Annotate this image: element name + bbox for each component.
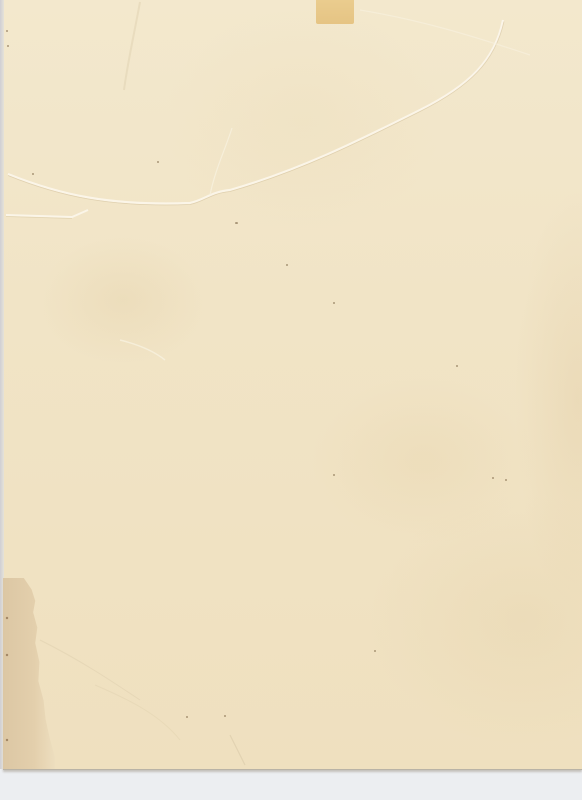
paper-speck [505, 479, 507, 481]
paper-speck [374, 650, 376, 652]
paper-speck [456, 365, 458, 367]
aged-paper-sheet [3, 0, 582, 770]
paper-speck [286, 264, 288, 266]
paper-speck [7, 45, 9, 47]
paper-speck [333, 474, 335, 476]
edge-specks [5, 610, 9, 770]
paper-speck [186, 716, 188, 718]
paper-speck [492, 477, 494, 479]
scan-image [0, 0, 582, 800]
paper-speck [235, 222, 238, 224]
paper-speck [6, 30, 8, 32]
tape-mark [316, 0, 354, 24]
paper-speck [157, 161, 159, 163]
paper-speck [224, 715, 226, 717]
paper-speck [333, 302, 335, 304]
paper-speck [32, 173, 34, 175]
